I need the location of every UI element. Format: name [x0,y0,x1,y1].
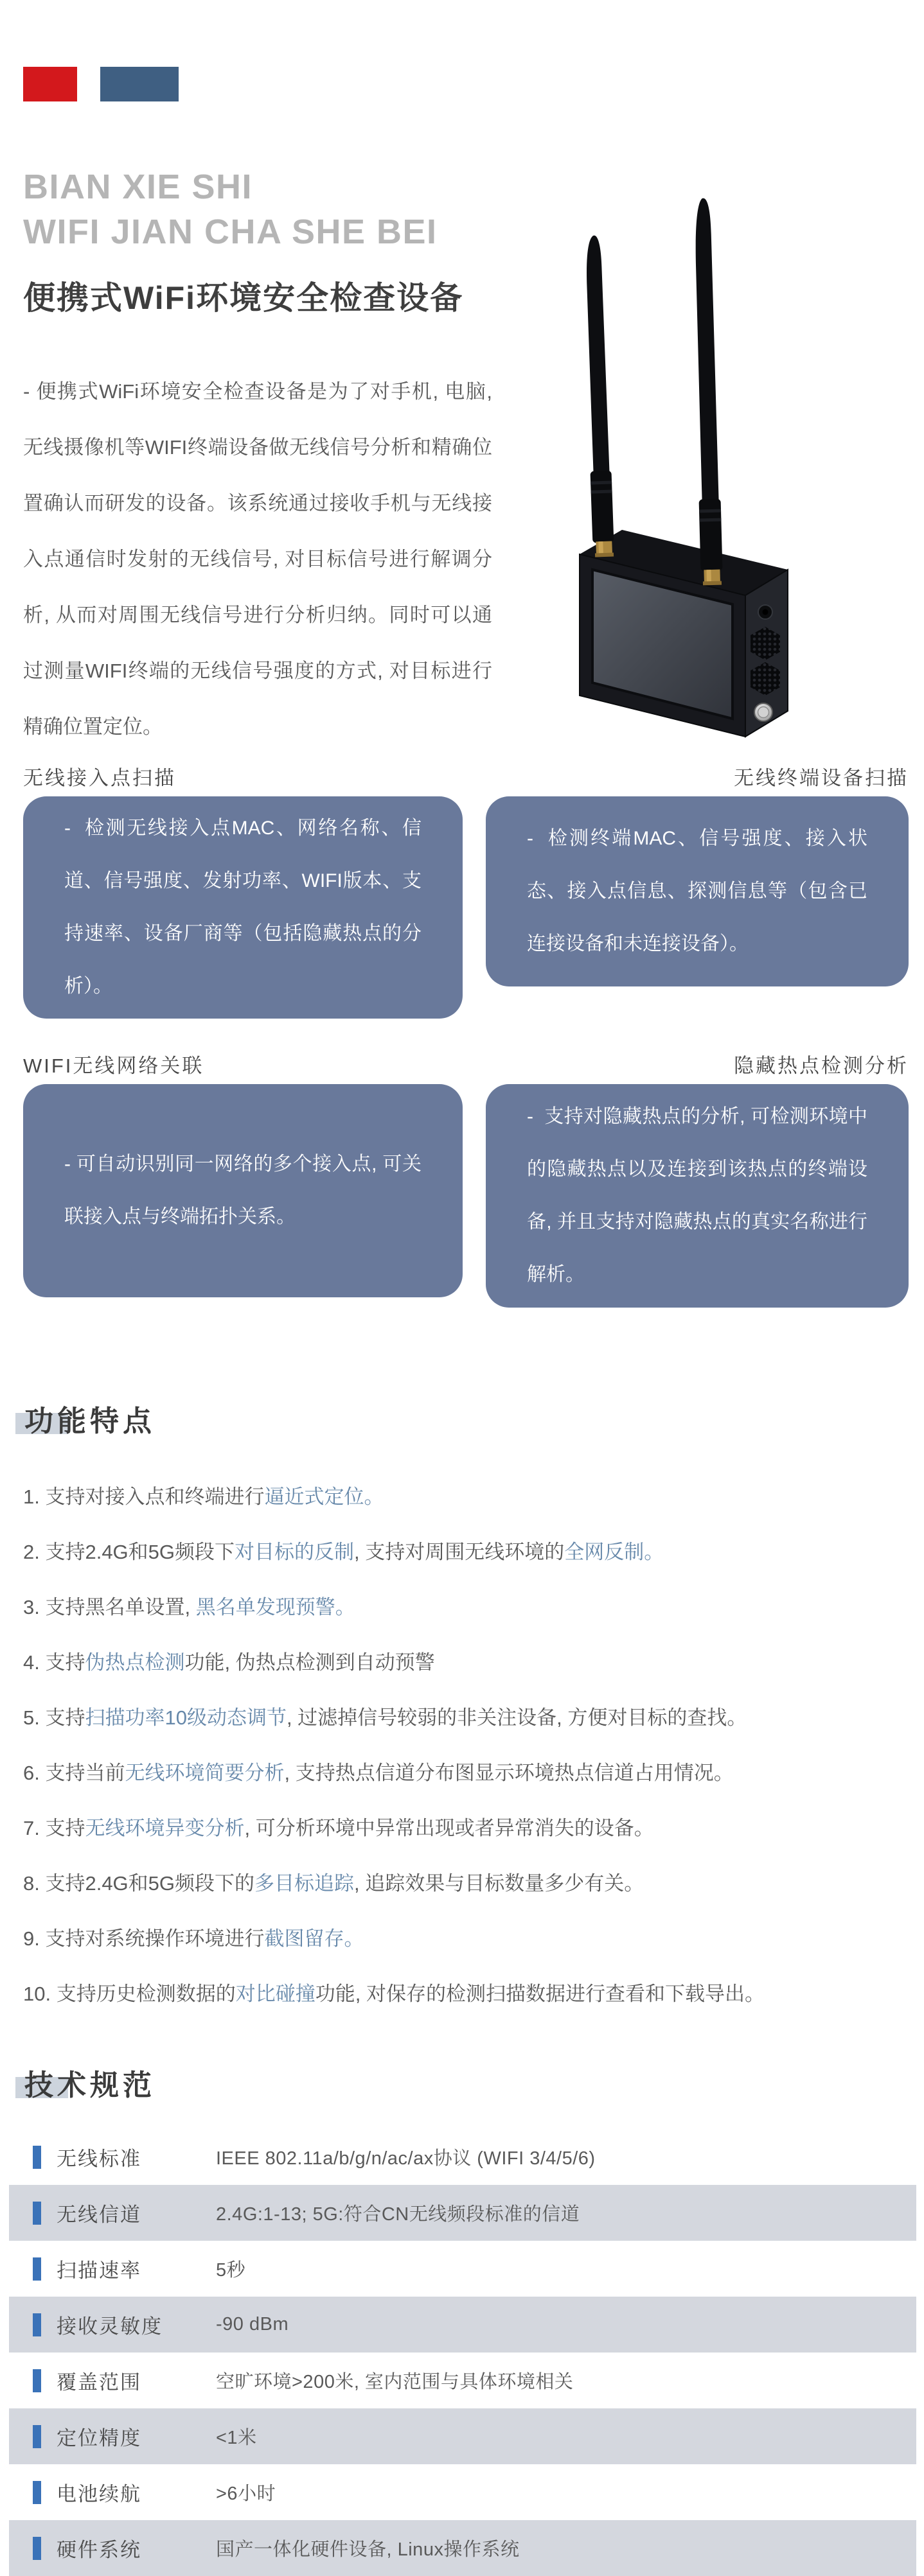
spec-value: 国产一体化硬件设备, Linux操作系统 [216,2535,519,2561]
feature-item: 4. 支持伪热点检测功能, 伪热点检测到自动预警 [23,1635,765,1690]
feature-item-text: 7. 支持 [23,1817,85,1839]
logo-red-block [23,67,77,101]
spec-value: -90 dBm [216,2314,289,2335]
feature-card-title-terminal-scan: 无线终端设备扫描 [734,762,909,791]
spec-row: 无线信道2.4G:1-13; 5G:符合CN无线频段标准的信道 [9,2185,916,2241]
spec-label: 电池续航 [57,2478,141,2507]
spec-value: 2.4G:1-13; 5G:符合CN无线频段标准的信道 [216,2200,580,2226]
feature-item: 2. 支持2.4G和5G频段下对目标的反制, 支持对周围无线环境的全网反制。 [23,1525,765,1580]
feature-item-text: 8. 支持2.4G和5G频段下的 [23,1872,254,1895]
page-title: 便携式WiFi环境安全检查设备 [23,272,463,319]
spec-label: 无线标准 [57,2142,141,2171]
feature-card-text: - 可自动识别同一网络的多个接入点, 可关联接入点与终端拓扑关系。 [64,1138,422,1243]
feature-item: 10. 支持历史检测数据的对比碰撞功能, 对保存的检测扫描数据进行查看和下载导出… [23,1967,765,2022]
device-photo [546,189,803,755]
feature-item-text: 2. 支持2.4G和5G频段下 [23,1541,235,1563]
feature-card-ap-scan: - 检测无线接入点MAC、网络名称、信道、信号强度、发射功率、WIFI版本、支持… [23,796,463,1019]
spec-bullet-bar [33,2481,41,2504]
product-intro: - 便携式WiFi环境安全检查设备是为了对手机, 电脑, 无线摄像机等WIFI终… [23,364,492,755]
spec-label: 覆盖范围 [57,2366,141,2395]
spec-value: IEEE 802.11a/b/g/n/ac/ax协议 (WIFI 3/4/5/6… [216,2144,596,2170]
feature-list: 1. 支持对接入点和终端进行逼近式定位。2. 支持2.4G和5G频段下对目标的反… [23,1469,765,2022]
device-body [580,530,788,737]
spec-bullet-bar [33,2425,41,2448]
feature-item-highlight: 逼近式定位。 [264,1485,384,1508]
feature-card-title-ap-scan: 无线接入点扫描 [23,762,176,791]
feature-item-text: 功能, 伪热点检测到自动预警 [184,1651,434,1674]
feature-item-highlight: 截图留存。 [264,1927,364,1950]
feature-item-text: 5. 支持 [23,1706,85,1729]
spec-row: 电池续航>6小时 [9,2464,916,2520]
feature-item-highlight: 黑名单发现预警。 [196,1596,355,1618]
spec-value: >6小时 [216,2479,276,2505]
feature-item-highlight: 全网反制。 [564,1541,664,1563]
feature-card-title-network-link: WIFI无线网络关联 [23,1049,204,1078]
feature-item: 1. 支持对接入点和终端进行逼近式定位。 [23,1469,765,1525]
section-heading-functions: 功能特点 [24,1398,155,1439]
feature-item-text: 6. 支持当前 [23,1762,125,1784]
spec-label: 定位精度 [57,2422,141,2451]
spec-row: 扫描速率5秒 [9,2241,916,2297]
logo-blue-block [100,67,179,101]
feature-item-text: 3. 支持黑名单设置, [23,1596,196,1618]
feature-item-text: , 过滤掉信号较弱的非关注设备, 方便对目标的查找。 [287,1706,747,1729]
spec-bullet-bar [33,2202,41,2225]
feature-card-hidden-ap: - 支持对隐藏热点的分析, 可检测环境中的隐藏热点以及连接到该热点的终端设备, … [486,1084,909,1308]
feature-item: 5. 支持扫描功率10级动态调节, 过滤掉信号较弱的非关注设备, 方便对目标的查… [23,1690,765,1746]
feature-item-text: , 追踪效果与目标数量多少有关。 [354,1872,644,1895]
product-subtitle-en-line2: WIFI JIAN CHA SHE BEI [23,209,438,254]
spec-row: 无线标准IEEE 802.11a/b/g/n/ac/ax协议 (WIFI 3/4… [9,2129,916,2185]
page-root: BIAN XIE SHI WIFI JIAN CHA SHE BEI 便携式Wi… [0,0,924,2576]
spec-bullet-bar [33,2257,41,2281]
spec-row: 接收灵敏度-90 dBm [9,2297,916,2353]
feature-item-highlight: 多目标追踪 [254,1872,354,1895]
feature-card-text: - 检测无线接入点MAC、网络名称、信道、信号强度、发射功率、WIFI版本、支持… [64,802,422,1013]
feature-card-title-hidden-ap: 隐藏热点检测分析 [734,1049,909,1078]
feature-item-text: 1. 支持对接入点和终端进行 [23,1485,264,1508]
feature-card-text: - 检测终端MAC、信号强度、接入状态、接入点信息、探测信息等（包含已连接设备和… [527,812,867,970]
spec-value: 5秒 [216,2256,245,2282]
feature-item: 9. 支持对系统操作环境进行截图留存。 [23,1911,765,1967]
feature-item-highlight: 对目标的反制 [235,1541,354,1563]
spec-row: 硬件系统国产一体化硬件设备, Linux操作系统 [9,2520,916,2576]
feature-item: 3. 支持黑名单设置, 黑名单发现预警。 [23,1580,765,1635]
feature-card-network-link: - 可自动识别同一网络的多个接入点, 可关联接入点与终端拓扑关系。 [23,1084,463,1297]
feature-item-highlight: 扫描功率10级动态调节 [85,1706,286,1729]
feature-item-text: 10. 支持历史检测数据的 [23,1983,236,2005]
spec-table: 无线标准IEEE 802.11a/b/g/n/ac/ax协议 (WIFI 3/4… [9,2129,916,2576]
feature-item-highlight: 无线环境异变分析 [85,1817,244,1839]
spec-bullet-bar [33,2369,41,2392]
feature-item-text: , 支持热点信道分布图显示环境热点信道占用情况。 [284,1762,733,1784]
feature-item-text: 功能, 对保存的检测扫描数据进行查看和下载导出。 [315,1983,765,2005]
spec-bullet-bar [33,2146,41,2169]
antenna-left [582,235,614,557]
spec-row: 覆盖范围空旷环境>200米, 室内范围与具体环境相关 [9,2353,916,2408]
spec-label: 硬件系统 [57,2534,141,2563]
product-subtitle-en: BIAN XIE SHI WIFI JIAN CHA SHE BEI [23,164,438,254]
spec-label: 接收灵敏度 [57,2310,163,2339]
spec-bullet-bar [33,2313,41,2336]
spec-value: <1米 [216,2423,257,2449]
spec-label: 扫描速率 [57,2254,141,2283]
spec-label: 无线信道 [57,2198,141,2227]
feature-item-text: , 可分析环境中异常出现或者异常消失的设备。 [244,1817,653,1839]
feature-item: 7. 支持无线环境异变分析, 可分析环境中异常出现或者异常消失的设备。 [23,1801,765,1856]
feature-item-highlight: 无线环境简要分析 [125,1762,284,1784]
product-subtitle-en-line1: BIAN XIE SHI [23,164,438,209]
feature-item-text: 9. 支持对系统操作环境进行 [23,1927,264,1950]
spec-bullet-bar [33,2537,41,2560]
feature-item: 6. 支持当前无线环境简要分析, 支持热点信道分布图显示环境热点信道占用情况。 [23,1746,765,1801]
feature-item: 8. 支持2.4G和5G频段下的多目标追踪, 追踪效果与目标数量多少有关。 [23,1856,765,1911]
feature-item-highlight: 对比碰撞 [236,1983,315,2005]
feature-item-text: , 支持对周围无线环境的 [354,1541,564,1563]
section-heading-specs: 技术规范 [24,2062,155,2103]
spec-value: 空旷环境>200米, 室内范围与具体环境相关 [216,2367,573,2394]
spec-row: 定位精度<1米 [9,2408,916,2464]
feature-item-text: 4. 支持 [23,1651,85,1674]
feature-card-text: - 支持对隐藏热点的分析, 可检测环境中的隐藏热点以及连接到该热点的终端设备, … [527,1091,867,1301]
feature-card-terminal-scan: - 检测终端MAC、信号强度、接入状态、接入点信息、探测信息等（包含已连接设备和… [486,796,909,986]
feature-item-highlight: 伪热点检测 [85,1651,184,1674]
antenna-right [691,198,723,585]
